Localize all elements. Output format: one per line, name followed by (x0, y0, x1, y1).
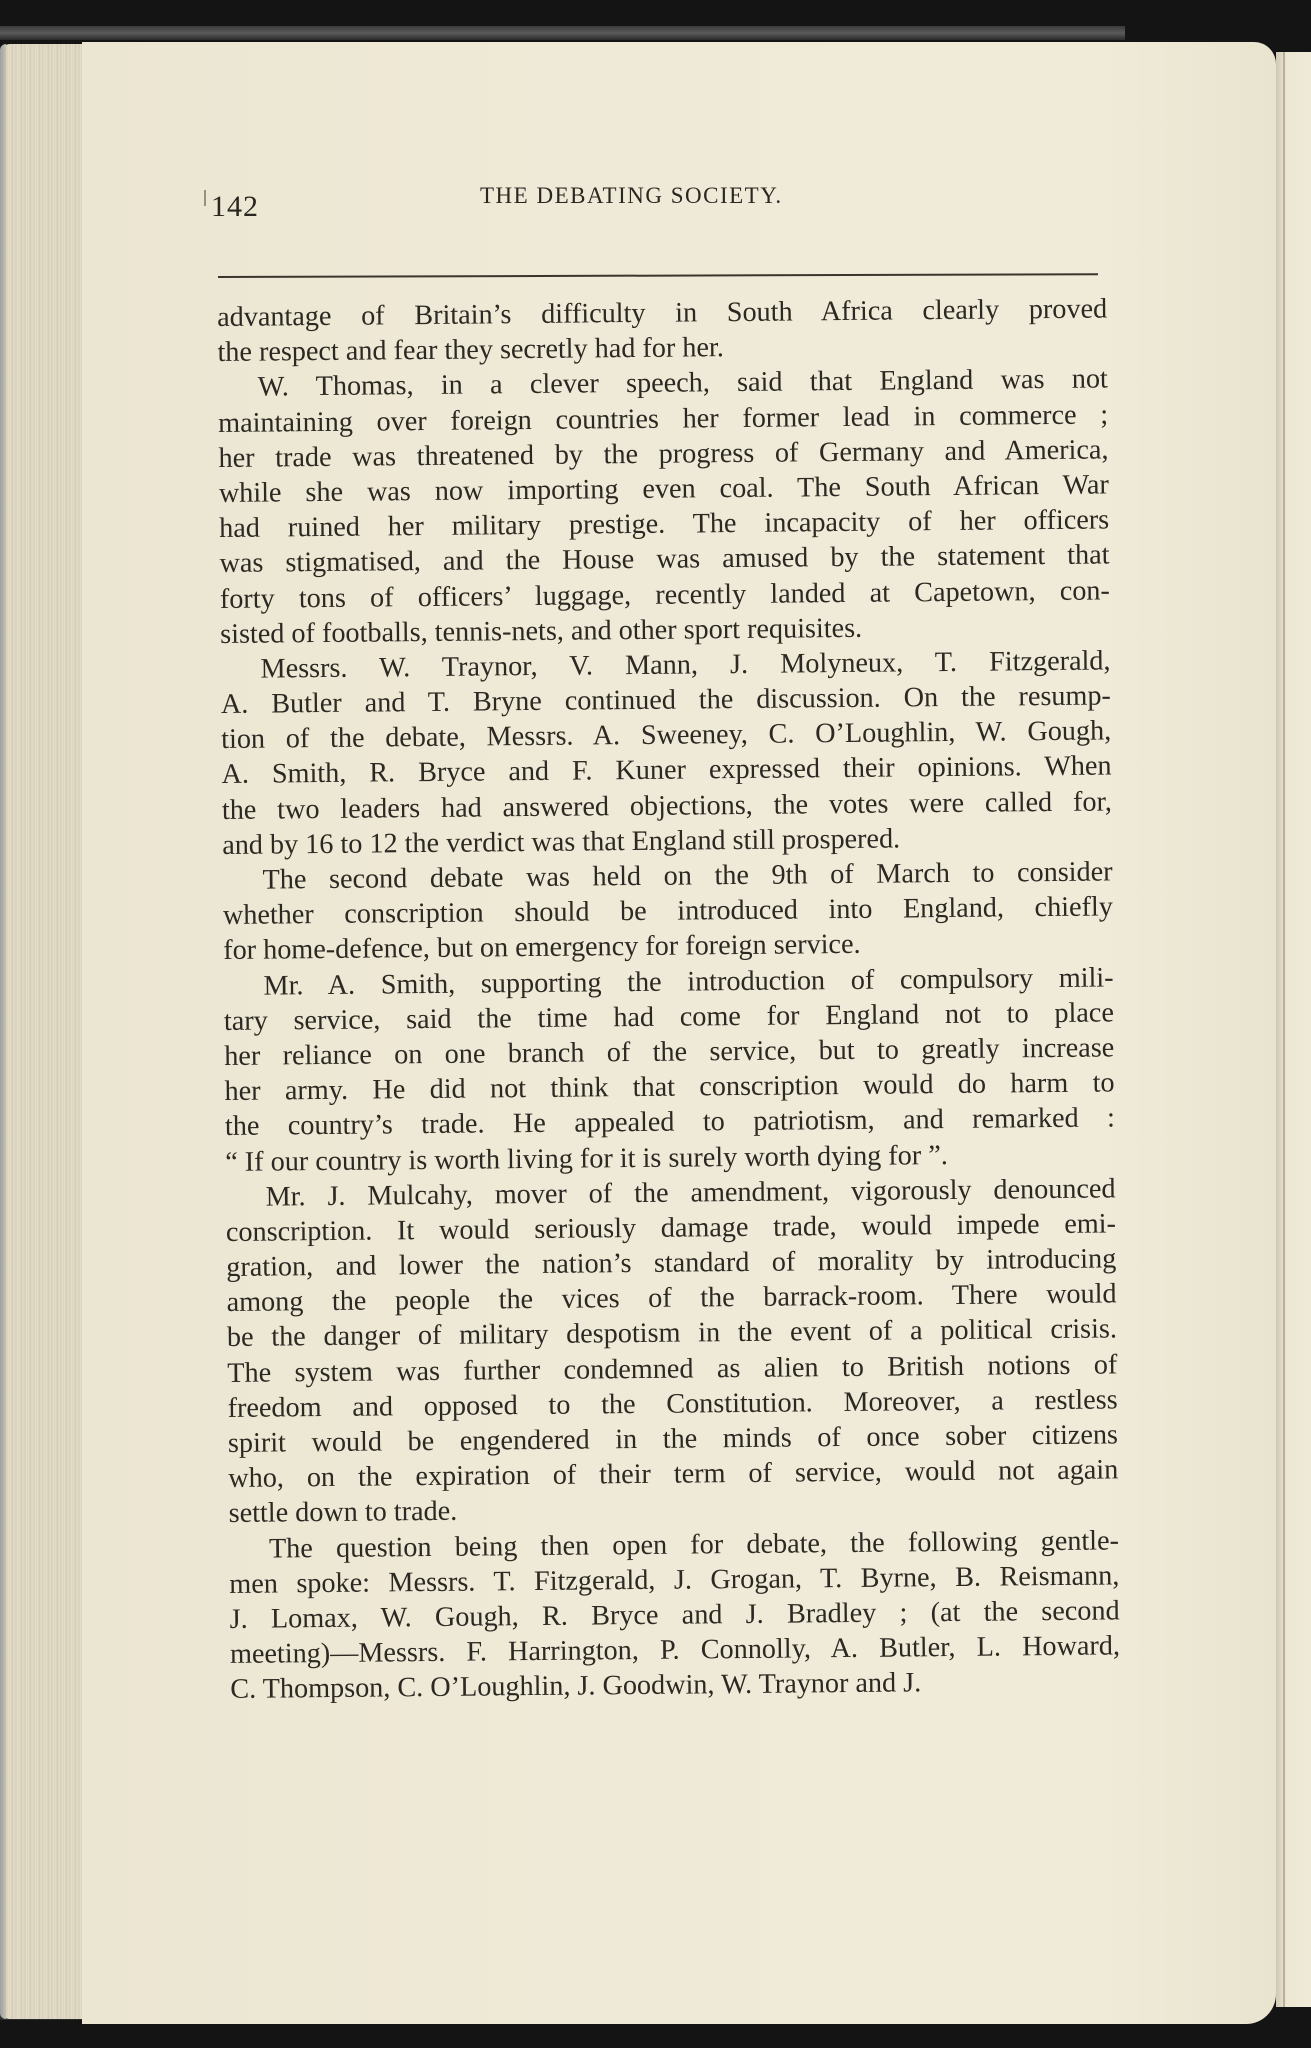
margin-mark (204, 190, 206, 206)
paragraph: The second debate was held on the 9th of… (222, 854, 1113, 968)
page-number: 142 (211, 190, 259, 224)
paragraph: The question being then open for debate,… (229, 1523, 1121, 1707)
book-top-edge (0, 26, 1125, 40)
paragraph: Mr. A. Smith, supporting the introductio… (223, 960, 1115, 1180)
paragraph: Messrs. W. Traynor, V. Mann, J. Molyneux… (220, 643, 1112, 863)
binding-gutter (1276, 52, 1311, 2007)
gutter-fold-line (1283, 52, 1285, 2007)
page-stack-outer-edge (0, 44, 6, 2019)
body-text: advantage of Britain’s difficulty in Sou… (217, 291, 1120, 1707)
paragraph: W. Thomas, in a clever speech, said that… (218, 362, 1111, 652)
paragraph: Mr. J. Mulcahy, mover of the amendment, … (225, 1171, 1118, 1531)
page-stack-edges (0, 44, 82, 2019)
running-head-title: THE DEBATING SOCIETY. (480, 183, 783, 209)
paragraph: advantage of Britain’s difficulty in Sou… (217, 291, 1108, 370)
